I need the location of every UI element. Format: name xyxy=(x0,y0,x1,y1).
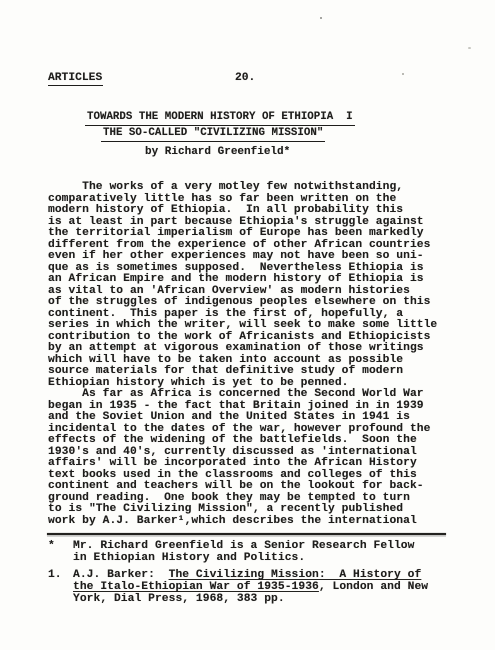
book-title-underlined: The Civilizing Mission: A History of xyxy=(169,569,422,581)
footnote-line: Mr. Richard Greenfield is a Senior Resea… xyxy=(73,540,414,552)
article-title-line2: THE SO-CALLED "CIVILIZING MISSION" xyxy=(101,127,325,142)
body-line: series in which the writer, will seek to… xyxy=(48,320,437,332)
footnote-line: the Italo-Ethiopian War of 1935-1936, Lo… xyxy=(73,581,428,593)
section-label: ARTICLES xyxy=(48,72,103,86)
body-line: of the struggles of indigenous peoples e… xyxy=(48,297,437,309)
scan-speck xyxy=(320,17,322,19)
footnote-line: in Ethiopian History and Politics. xyxy=(73,552,414,564)
body-line: work by A.J. Barker¹,which describes the… xyxy=(48,516,430,528)
body-line: As far as Africa is concerned the Second… xyxy=(48,389,430,401)
book-title-underlined: the Italo-Ethiopian War of 1935-1936 xyxy=(73,581,319,593)
scan-speck xyxy=(468,47,471,49)
footnote-reference-text: A.J. Barker: The Civilizing Mission: A H… xyxy=(73,569,428,606)
footnote-text-segment: A.J. Barker: xyxy=(73,569,169,581)
footnote-separator-rule xyxy=(47,533,446,535)
page-number: 20. xyxy=(235,72,255,84)
paragraph-1: The works of a very motley few notwithst… xyxy=(48,182,437,389)
article-title-line1: TOWARDS THE MODERN HISTORY OF ETHIOPIA I xyxy=(85,111,355,126)
footnote-line: York, Dial Press, 1968, 383 pp. xyxy=(73,593,428,605)
footnote-marker-1: 1. xyxy=(48,569,62,581)
footnote-author-text: Mr. Richard Greenfield is a Senior Resea… xyxy=(73,540,414,564)
byline: by Richard Greenfield* xyxy=(145,146,290,158)
body-line: the territorial imperialism of Europe ha… xyxy=(48,228,437,240)
body-line: an African Empire and the modern history… xyxy=(48,274,437,286)
body-line: continent and teachers will be on the lo… xyxy=(48,481,430,493)
body-line: source materials for that definitive stu… xyxy=(48,366,437,378)
body-line: modern history of Ethiopia. In all proba… xyxy=(48,205,437,217)
paragraph-2: As far as Africa is concerned the Second… xyxy=(48,389,430,527)
footnote-line: A.J. Barker: The Civilizing Mission: A H… xyxy=(73,569,428,581)
scan-speck xyxy=(402,73,404,75)
footnote-text-segment: , London and New xyxy=(319,581,428,593)
body-line: to is "The Civilizing Mission", a recent… xyxy=(48,504,430,516)
footnote-marker-asterisk: * xyxy=(48,540,55,552)
body-line: even if her other experiences may not ha… xyxy=(48,251,437,263)
body-line: The works of a very motley few notwithst… xyxy=(48,182,437,194)
body-line: effects of the widening of the battlefie… xyxy=(48,435,430,447)
footnote-text-segment: York, Dial Press, 1968, 383 pp. xyxy=(73,593,285,605)
body-line: and the Soviet Union and the United Stat… xyxy=(48,412,430,424)
document-page: ARTICLES 20. TOWARDS THE MODERN HISTORY … xyxy=(0,0,495,650)
body-line: by an attempt at vigorous examination of… xyxy=(48,343,437,355)
body-line: affairs' will be incorporated into the A… xyxy=(48,458,430,470)
